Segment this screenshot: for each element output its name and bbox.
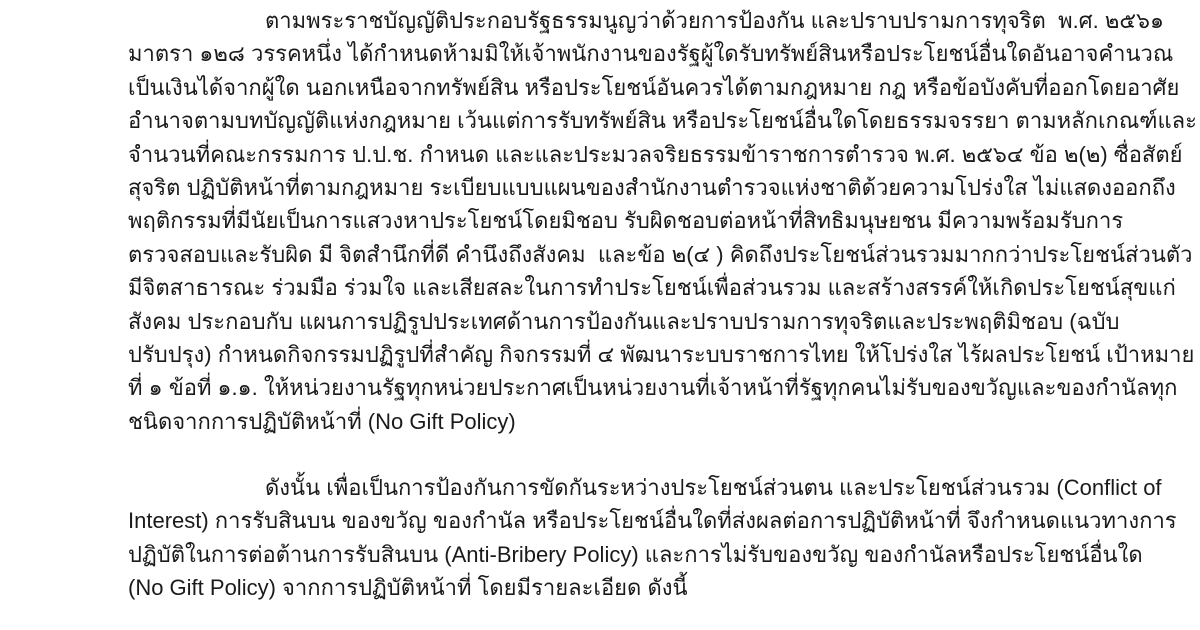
text-line: ปรับปรุง) กำหนดกิจกรรมปฏิรูปที่สำคัญ กิจ…: [128, 338, 1078, 371]
text-line: ตามพระราชบัญญัติประกอบรัฐธรรมนูญว่าด้วยก…: [128, 4, 1078, 37]
text-line: (No Gift Policy) จากการปฏิบัติหน้าที่ โด…: [128, 571, 1078, 604]
text-line: จำนวนที่คณะกรรมการ ป.ป.ช. กำหนด และและปร…: [128, 138, 1078, 171]
document-body: ตามพระราชบัญญัติประกอบรัฐธรรมนูญว่าด้วยก…: [128, 4, 1078, 605]
text-line: มาตรา ๑๒๘ วรรคหนึ่ง ได้กำหนดห้ามมิให้เจ้…: [128, 37, 1078, 70]
text-line: พฤติกรรมที่มีนัยเป็นการแสวงหาประโยชน์โดย…: [128, 204, 1078, 237]
text-line: ปฏิบัติในการต่อต้านการรับสินบน (Anti-Bri…: [128, 538, 1078, 571]
text-line: สังคม ประกอบกับ แผนการปฏิรูปประเทศด้านกา…: [128, 305, 1078, 338]
paragraph: ดังนั้น เพื่อเป็นการป้องกันการขัดกันระหว…: [128, 471, 1078, 605]
text-line: สุจริต ปฏิบัติหน้าที่ตามกฎหมาย ระเบียบแบ…: [128, 171, 1078, 204]
text-line: มีจิตสาธารณะ ร่วมมือ ร่วมใจ และเสียสละใน…: [128, 271, 1078, 304]
text-line: ดังนั้น เพื่อเป็นการป้องกันการขัดกันระหว…: [128, 471, 1078, 504]
document-page: ตามพระราชบัญญัติประกอบรัฐธรรมนูญว่าด้วยก…: [0, 0, 1200, 630]
text-line: อำนาจตามบทบัญญัติแห่งกฎหมาย เว้นแต่การรั…: [128, 104, 1078, 137]
text-line: ชนิดจากการปฏิบัติหน้าที่ (No Gift Policy…: [128, 405, 1078, 438]
text-line: ที่ ๑ ข้อที่ ๑.๑. ให้หน่วยงานรัฐทุกหน่วย…: [128, 371, 1078, 404]
paragraph: ตามพระราชบัญญัติประกอบรัฐธรรมนูญว่าด้วยก…: [128, 4, 1078, 438]
text-line: ตรวจสอบและรับผิด มี จิตสำนึกที่ดี คำนึงถ…: [128, 238, 1078, 271]
text-line: Interest) การรับสินบน ของขวัญ ของกำนัล ห…: [128, 504, 1078, 537]
text-line: เป็นเงินได้จากผู้ใด นอกเหนือจากทรัพย์สิน…: [128, 71, 1078, 104]
